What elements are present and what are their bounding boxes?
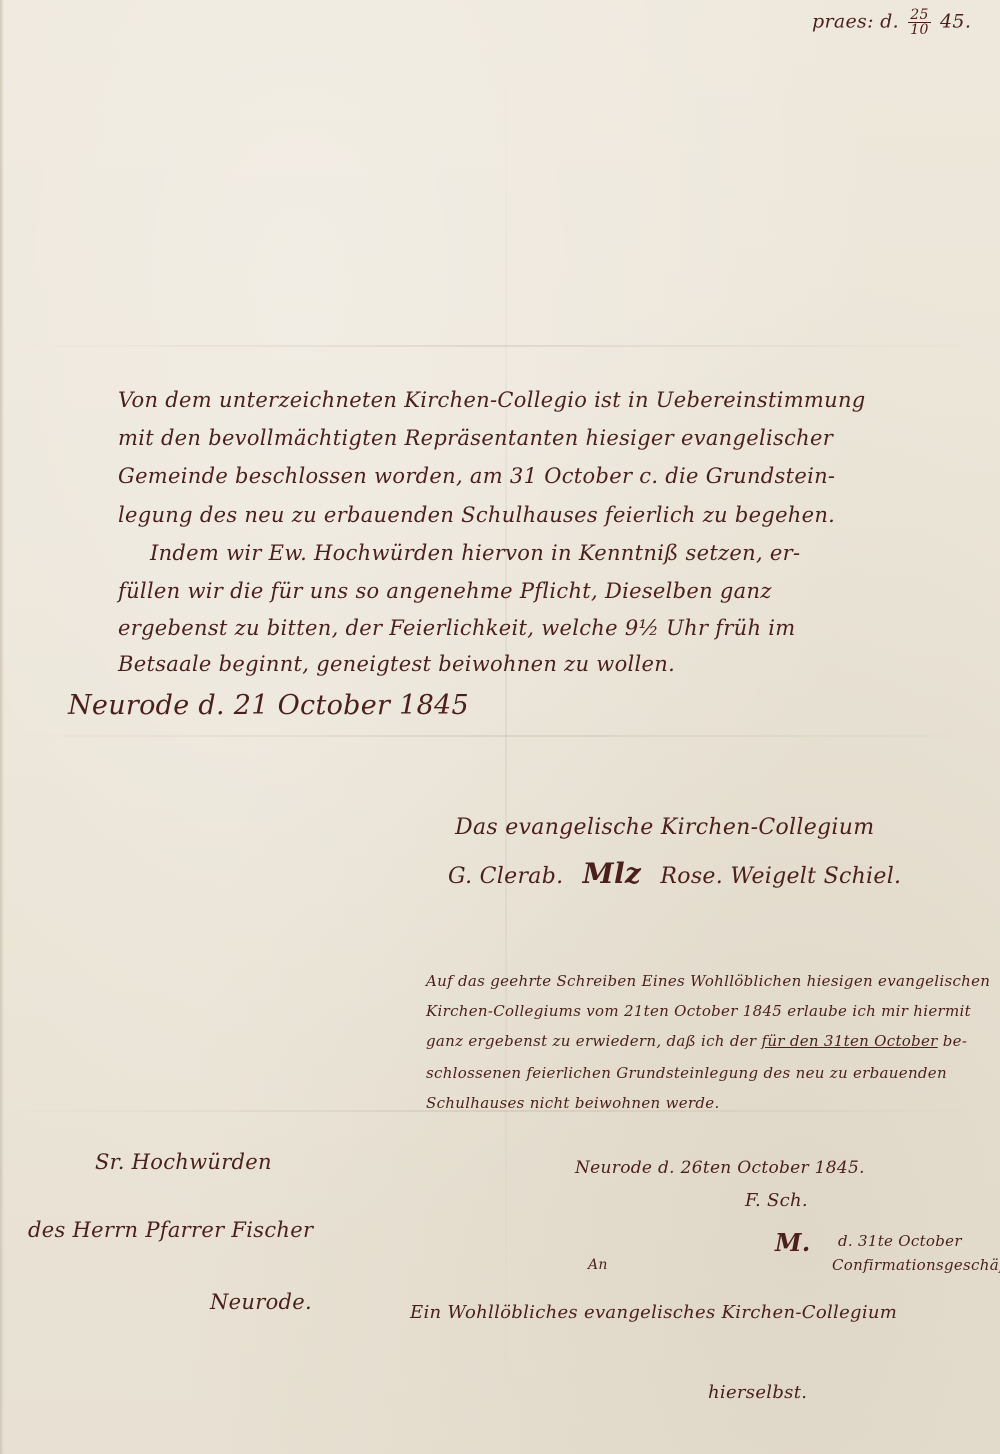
letter-line: Indem wir Ew. Hochwürden hiervon in Kenn… [150,541,800,565]
signature-names: G. Clerab. Mlz Rose. Weigelt Schiel. [448,857,901,890]
signature-title: Das evangelische Kirchen-Collegium [455,815,874,840]
reference-note: praes: d. 25 10 45. [812,8,971,37]
reply-text: be- [943,1032,967,1050]
reference-fraction: 25 10 [908,8,930,37]
reference-month: 10 [908,23,930,37]
letter-page: praes: d. 25 10 45. Von dem unterzeichne… [0,0,1000,1454]
reply-line: schlossenen feierlichen Grundsteinlegung… [426,1064,947,1082]
reply-line: Schulhauses nicht beiwohnen werde. [426,1094,720,1112]
letter-line: ergebenst zu bitten, der Feierlichkeit, … [118,616,796,640]
signature-flourish: Mlz [583,857,641,890]
side-note-line: d. 31te October [838,1232,962,1250]
letter-line: füllen wir die für uns so angenehme Pfli… [118,579,772,603]
recipient-line: Neurode. [210,1290,312,1314]
reply-text: ganz ergebenst zu erwiedern, daß ich der [426,1032,756,1050]
reference-year: 45. [940,11,971,33]
reply-line: ganz ergebenst zu erwiedern, daß ich der… [426,1032,967,1050]
letter-line: Betsaale beginnt, geneigtest beiwohnen z… [118,652,675,676]
letter-line: legung des neu zu erbauenden Schulhauses… [118,503,835,527]
recipient-line: des Herrn Pfarrer Fischer [28,1218,313,1242]
reference-day: 25 [908,8,930,23]
signatory-name: Weigelt [730,864,816,889]
reply-place-date: Neurode d. 26ten October 1845. [575,1158,865,1178]
reply-initials: F. Sch. [745,1190,808,1211]
reply-underlined-date: für den 31ten October [761,1032,937,1050]
letter-line: Gemeinde beschlossen worden, am 31 Octob… [118,464,835,488]
paper-fold [0,735,1000,737]
side-note-line: Confirmationsgeschäft. [832,1256,1000,1274]
paper-edge [0,0,4,1454]
signatory-name: Rose. [660,864,723,889]
signatory-name: G. Clerab. [448,864,563,889]
letter-line: Von dem unterzeichneten Kirchen-Collegio… [118,388,866,412]
reply-line: Auf das geehrte Schreiben Eines Wohllöbl… [426,972,990,990]
signatory-name: Schiel. [824,864,902,889]
address-location: hierselbst. [708,1382,807,1403]
address-recipient: Ein Wohllöbliches evangelisches Kirchen-… [410,1302,897,1323]
address-to-label: An [588,1257,608,1273]
reference-mark: d. [880,11,899,33]
recipient-line: Sr. Hochwürden [95,1150,272,1174]
reply-mark: M. [775,1228,811,1257]
reference-prefix: praes: [812,11,874,33]
letter-place-date: Neurode d. 21 October 1845 [68,690,469,721]
paper-fold [0,345,1000,347]
paper-fold-vertical [505,0,507,1454]
reply-line: Kirchen-Collegiums vom 21ten October 184… [426,1002,971,1020]
letter-line: mit den bevollmächtigten Repräsentanten … [118,426,833,450]
